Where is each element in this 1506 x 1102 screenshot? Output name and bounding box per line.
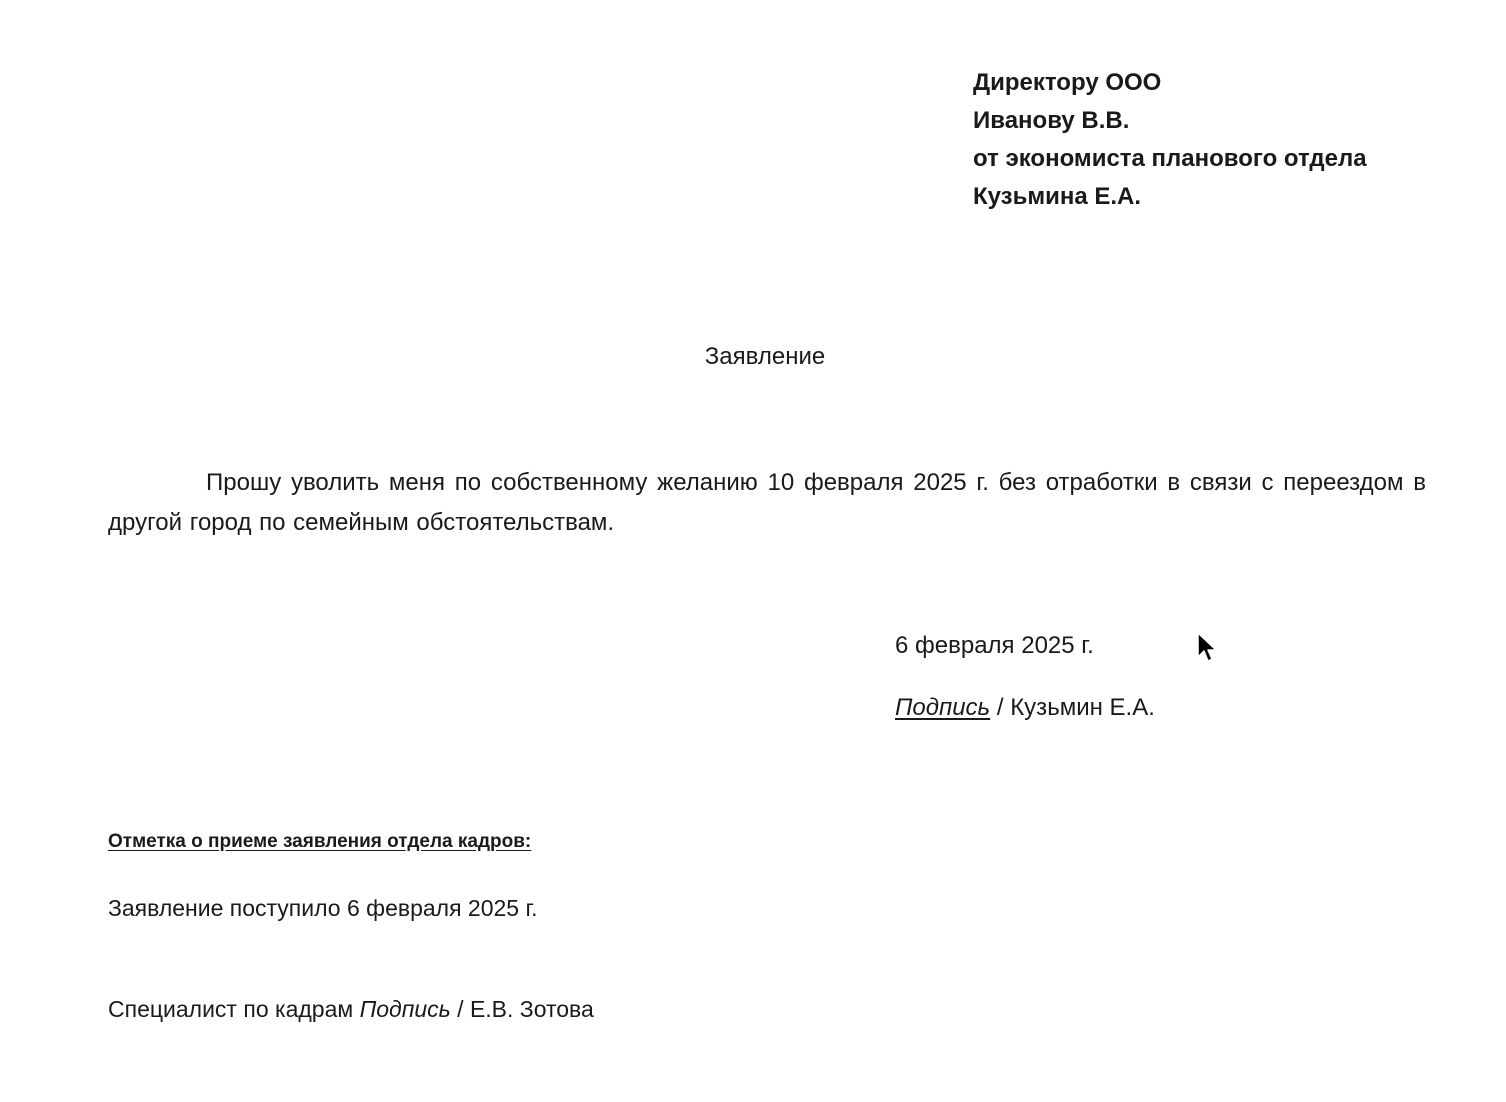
mouse-pointer-icon [1196,631,1218,667]
signature-name: Кузьмин Е.А. [1010,694,1155,721]
hr-specialist-signature: Подпись [360,996,451,1022]
signature-date: 6 февраля 2025 г. [895,629,1094,663]
addressee-block: Директору ООО Иванову В.В. от экономиста… [973,64,1367,216]
document-body: Прошу уволить меня по собственному желан… [108,463,1426,543]
addressee-line-position: Директору ООО [973,64,1367,102]
signature-line: Подпись / Кузьмин Е.А. [895,691,1155,725]
hr-specialist-prefix: Специалист по кадрам [108,996,360,1022]
signature-separator: / [990,694,1010,721]
document-page: Директору ООО Иванову В.В. от экономиста… [0,0,1506,1102]
addressee-line-from: от экономиста планового отдела [973,140,1367,178]
document-title: Заявление [0,340,1506,374]
hr-specialist-name: Е.В. Зотова [470,996,594,1022]
hr-specialist-separator: / [451,996,470,1022]
addressee-line-sender-name: Кузьмина Е.А. [973,178,1367,216]
hr-section-title: Отметка о приеме заявления отдела кадров… [108,828,531,856]
signature-label: Подпись [895,694,990,721]
hr-received-note: Заявление поступило 6 февраля 2025 г. [108,892,537,924]
addressee-line-director-name: Иванову В.В. [973,102,1367,140]
hr-specialist-line: Специалист по кадрам Подпись / Е.В. Зото… [108,993,594,1025]
